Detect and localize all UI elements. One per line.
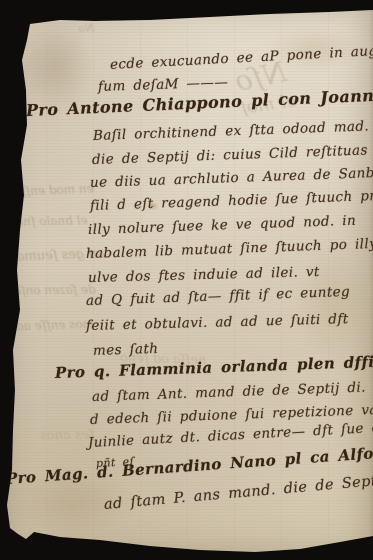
manuscript-line: feiit et obtulavi. ad ad ue ſuiti dft [86, 311, 349, 334]
manuscript-line: ue diis ua archlutio a Aurea de Sanban [90, 164, 373, 191]
manuscript-line: fum deſaM ——— [98, 74, 229, 95]
photo-backdrop: Nſo el moſ en mod enſſo el bnalo ſnes an… [0, 0, 373, 560]
manuscript-line: ad Q fuit ad ſta— ffit if ec eunteg [86, 284, 351, 309]
bleedthrough-text: de fazen onſa [14, 282, 96, 297]
manuscript-line: illy nolure ſuee ke ve quod nod. in [88, 213, 357, 238]
bleedthrough-text: en mod enſſo [14, 182, 94, 199]
manuscript-line: fili d eſt reagend hodie ſue ſtuuch pro [90, 188, 373, 214]
bleedthrough-text: mos enſſe ad [16, 317, 94, 334]
manuscript-line: ad ſtam Ant. mand die de Septij di. cadC… [92, 377, 373, 405]
bleedthrough-text: ſes anos [40, 428, 94, 444]
manuscript-line: mes ſath [93, 341, 159, 359]
manuscript-line: habalem lib mutuat ſine ſtuuch po illy [86, 236, 373, 262]
bleedthrough-text: el bnalo ſnes [10, 213, 88, 228]
manuscript-line: Baſil orchitinend ex ſtta odoad mad. [93, 118, 370, 144]
manuscript-line: ulve dos ftes induie ad ilei. vt [88, 264, 320, 286]
bleedthrough-text: Na [78, 21, 95, 35]
manuscript-line: die de Septij di: cuius Cild reſtituas ſ… [92, 141, 373, 168]
manuscript-page: Nſo el moſ en mod enſſo el bnalo ſnes an… [0, 0, 373, 560]
